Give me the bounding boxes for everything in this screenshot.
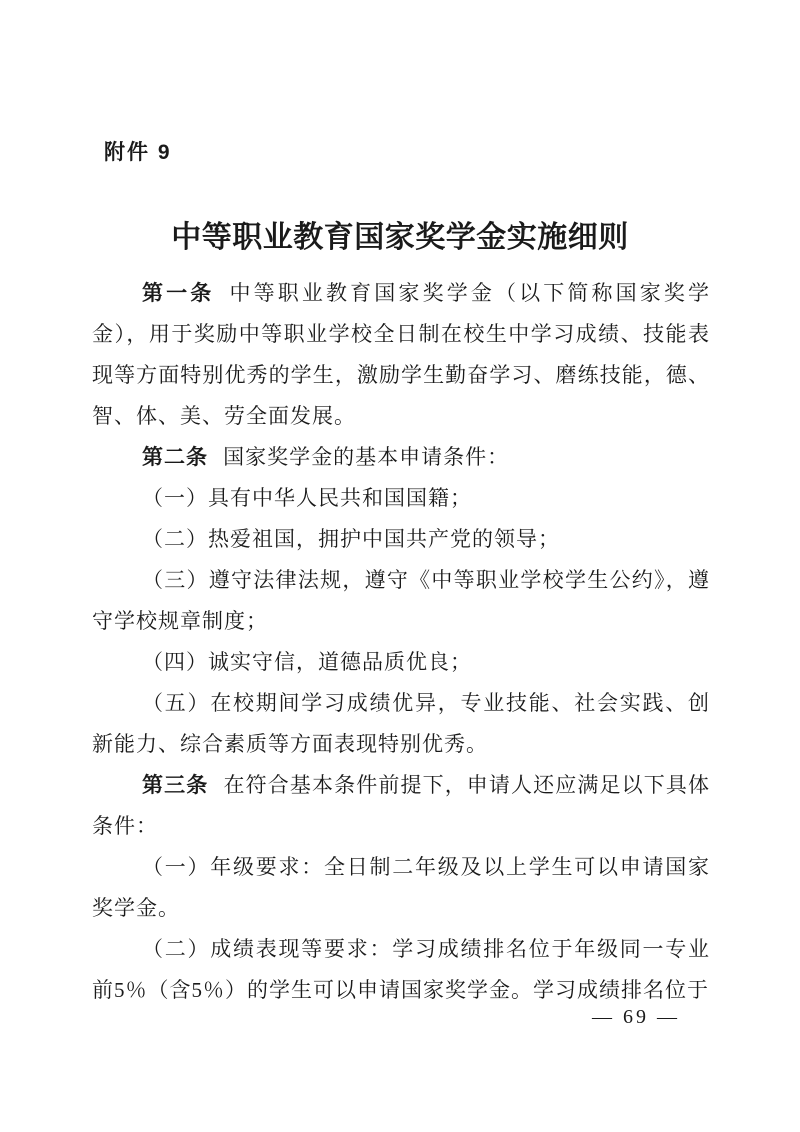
clause-paragraph: （二）成绩表现等要求：学习成绩排名位于年级同一专业前5％（含5％）的学生可以申请… <box>92 929 710 1011</box>
article-paragraph: 第三条在符合基本条件前提下，申请人还应满足以下具体条件： <box>92 765 710 847</box>
article-paragraph: 第二条国家奖学金的基本申请条件： <box>92 437 710 478</box>
clause-paragraph: （五）在校期间学习成绩优异，专业技能、社会实践、创新能力、综合素质等方面表现特别… <box>92 683 710 765</box>
attachment-label: 附件 9 <box>104 136 172 166</box>
page-number: — 69 — <box>592 1006 680 1029</box>
article-term: 第一条 <box>142 282 214 305</box>
article-paragraph: 第一条中等职业教育国家奖学金（以下简称国家奖学金），用于奖励中等职业学校全日制在… <box>92 273 710 437</box>
document-page: 附件 9 中等职业教育国家奖学金实施细则 第一条中等职业教育国家奖学金（以下简称… <box>0 0 800 1132</box>
clause-paragraph: （二）热爱祖国，拥护中国共产党的领导； <box>92 519 710 560</box>
document-title: 中等职业教育国家奖学金实施细则 <box>0 212 800 256</box>
article-term: 第二条 <box>142 446 208 469</box>
article-term: 第三条 <box>142 774 208 797</box>
document-body: 第一条中等职业教育国家奖学金（以下简称国家奖学金），用于奖励中等职业学校全日制在… <box>92 273 710 1011</box>
clause-paragraph: （一）年级要求：全日制二年级及以上学生可以申请国家奖学金。 <box>92 847 710 929</box>
clause-paragraph: （四）诚实守信，道德品质优良； <box>92 642 710 683</box>
clause-paragraph: （三）遵守法律法规，遵守《中等职业学校学生公约》，遵守学校规章制度； <box>92 560 710 642</box>
clause-paragraph: （一）具有中华人民共和国国籍； <box>92 478 710 519</box>
